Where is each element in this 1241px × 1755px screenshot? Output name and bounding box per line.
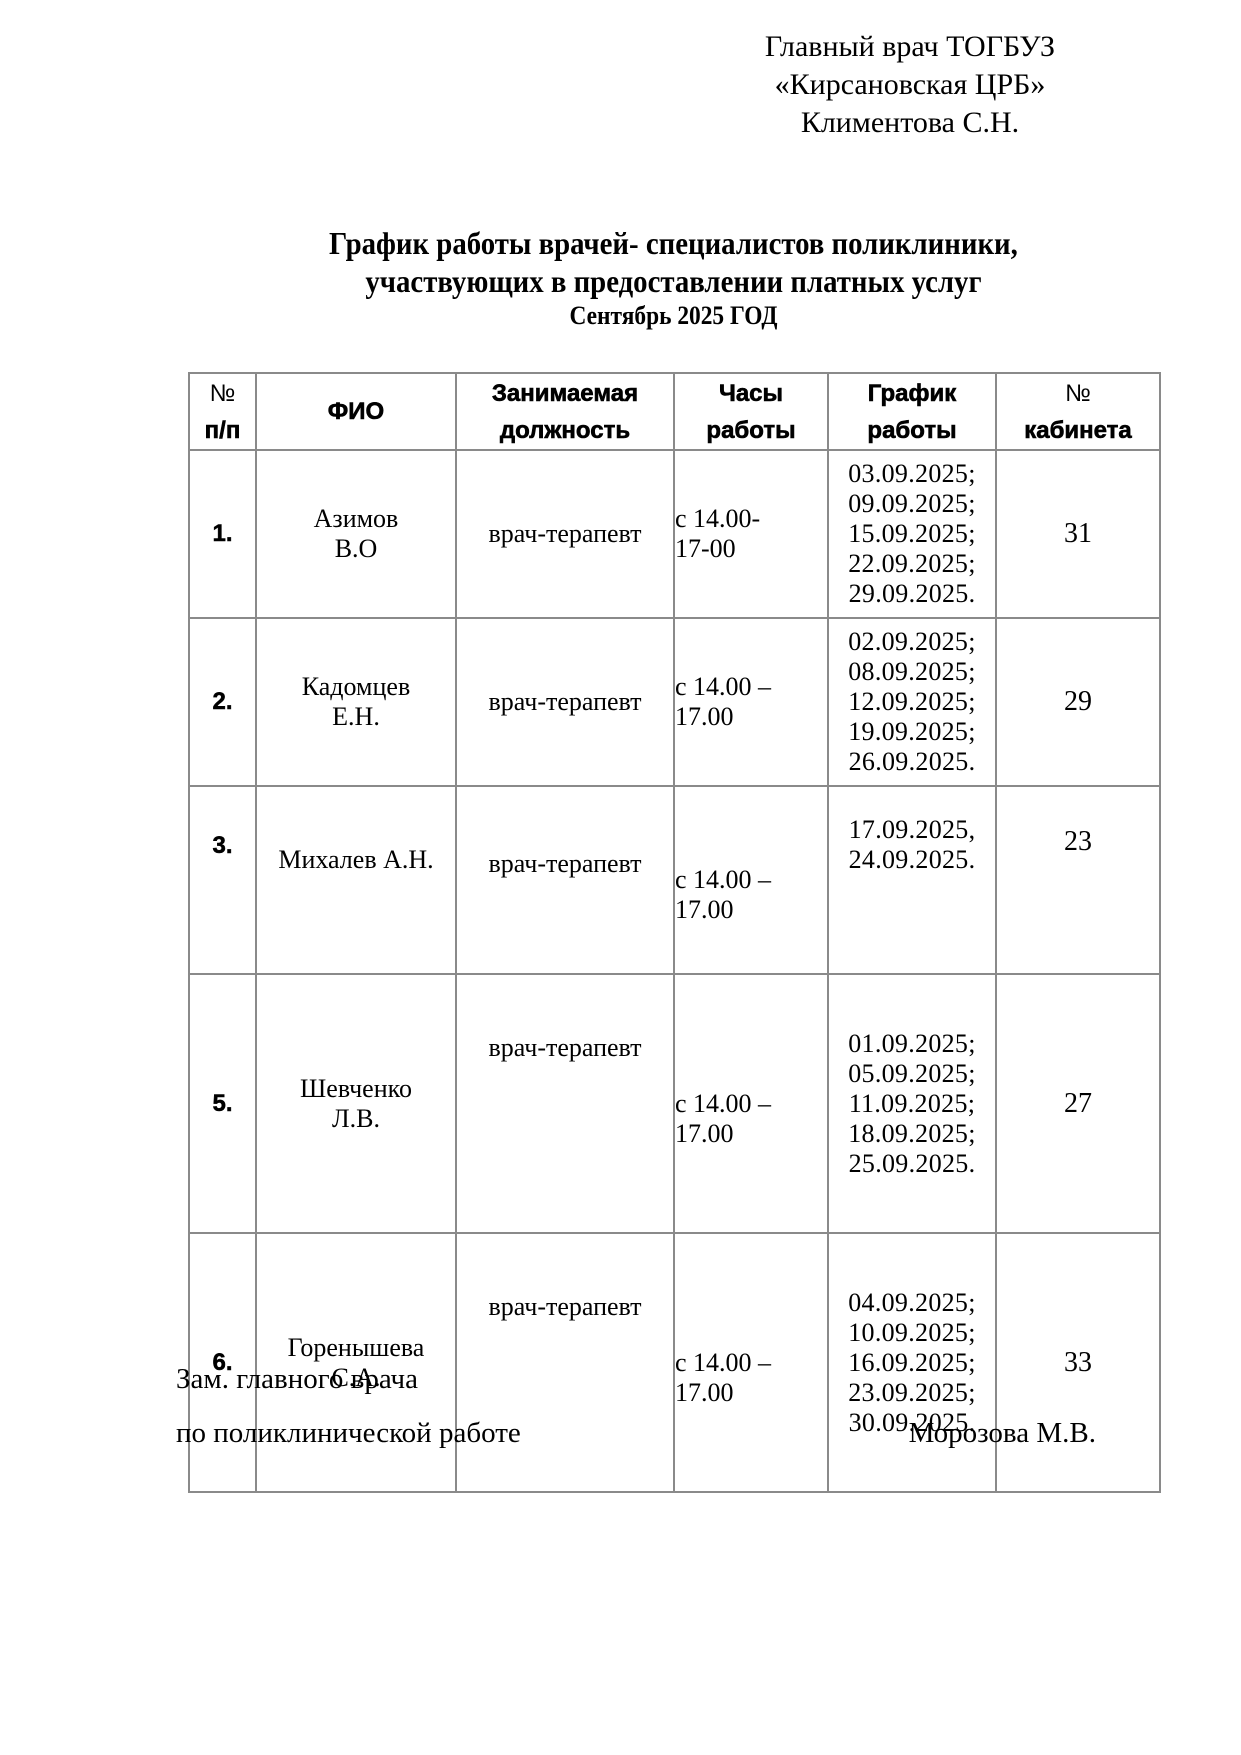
work-date: 10.09.2025; xyxy=(829,1318,995,1348)
work-hours-from: с 14.00 – xyxy=(675,1089,827,1119)
header-cabinet: № кабинета xyxy=(996,373,1160,450)
doctor-surname: Михалев А.Н. xyxy=(257,845,455,875)
row-number: 3. xyxy=(189,786,256,974)
signature-department: по поликлинической работе xyxy=(176,1417,521,1449)
header-schedule: График работы xyxy=(828,373,996,450)
work-hours-to: 17.00 xyxy=(675,702,827,732)
work-date: 29.09.2025. xyxy=(829,579,995,609)
work-date: 08.09.2025; xyxy=(829,657,995,687)
work-date: 05.09.2025; xyxy=(829,1059,995,1089)
work-hours: с 14.00 – 17.00 xyxy=(674,618,828,786)
header-number: № п/п xyxy=(189,373,256,450)
cabinet-number: 27 xyxy=(996,974,1160,1233)
row-number: 2. xyxy=(189,618,256,786)
header-hours-line2: работы xyxy=(675,412,827,449)
work-date: 01.09.2025; xyxy=(829,1029,995,1059)
work-hours-to: 17.00 xyxy=(675,895,827,925)
header-position-line1: Занимаемая xyxy=(457,375,673,412)
signature-name: Морозова М.В. xyxy=(909,1416,1096,1450)
row-number: 5. xyxy=(189,974,256,1233)
work-date: 03.09.2025; xyxy=(829,459,995,489)
cabinet-number: 31 xyxy=(996,450,1160,618)
header-hours-line1: Часы xyxy=(675,375,827,412)
work-date: 18.09.2025; xyxy=(829,1119,995,1149)
work-date: 02.09.2025; xyxy=(829,627,995,657)
work-hours-to: 17-00 xyxy=(675,534,827,564)
approval-line-position: Главный врач ТОГБУЗ xyxy=(700,28,1120,66)
schedule-table: № п/п ФИО Занимаемая должность Часы рабо… xyxy=(188,372,1161,1493)
document-title: График работы врачей- специалистов полик… xyxy=(237,224,1111,332)
header-number-label: п/п xyxy=(190,412,255,449)
work-date: 24.09.2025. xyxy=(829,845,995,875)
work-date: 25.09.2025. xyxy=(829,1149,995,1179)
table-row: 5. Шевченко Л.В. врач-терапевт с 14.00 –… xyxy=(189,974,1160,1233)
row-number: 1. xyxy=(189,450,256,618)
approval-block: Главный врач ТОГБУЗ «Кирсановская ЦРБ» К… xyxy=(700,28,1120,142)
approval-line-organization: «Кирсановская ЦРБ» xyxy=(700,66,1120,104)
doctor-surname: Шевченко xyxy=(257,1074,455,1104)
doctor-surname: Кадомцев xyxy=(257,672,455,702)
work-date: 17.09.2025, xyxy=(829,815,995,845)
work-hours-from: с 14.00 – xyxy=(675,672,827,702)
header-hours: Часы работы xyxy=(674,373,828,450)
doctor-initials: В.О xyxy=(257,534,455,564)
table-row: 1. Азимов В.О врач-терапевт с 14.00- 17-… xyxy=(189,450,1160,618)
work-hours-to: 17.00 xyxy=(675,1119,827,1149)
work-hours: с 14.00 – 17.00 xyxy=(674,974,828,1233)
header-position: Занимаемая должность xyxy=(456,373,674,450)
header-schedule-line1: График xyxy=(829,375,995,412)
signature-title-line1: Зам. главного врача xyxy=(176,1362,1096,1396)
work-hours: с 14.00- 17-00 xyxy=(674,450,828,618)
cabinet-number: 23 xyxy=(996,786,1160,974)
work-hours-from: с 14.00 – xyxy=(675,865,827,895)
schedule-body: 1. Азимов В.О врач-терапевт с 14.00- 17-… xyxy=(189,450,1160,1492)
signature-role: Зам. главного врача xyxy=(176,1363,418,1395)
header-position-line2: должность xyxy=(457,412,673,449)
work-date: 11.09.2025; xyxy=(829,1089,995,1119)
work-hours: с 14.00 – 17.00 xyxy=(674,786,828,974)
doctor-position: врач-терапевт xyxy=(456,450,674,618)
signature-title-line2: по поликлинической работе Морозова М.В. xyxy=(176,1416,1096,1450)
header-cabinet-label: кабинета xyxy=(997,412,1159,449)
work-date: 22.09.2025; xyxy=(829,549,995,579)
title-period: Сентябрь 2025 ГОД xyxy=(237,300,1111,332)
doctor-name: Михалев А.Н. xyxy=(256,786,456,974)
doctor-name: Кадомцев Е.Н. xyxy=(256,618,456,786)
title-line-2: участвующих в предоставлении платных усл… xyxy=(237,262,1111,300)
header-schedule-line2: работы xyxy=(829,412,995,449)
header-fio: ФИО xyxy=(256,373,456,450)
doctor-position: врач-терапевт xyxy=(456,618,674,786)
doctor-name: Азимов В.О xyxy=(256,450,456,618)
table-header-row: № п/п ФИО Занимаемая должность Часы рабо… xyxy=(189,373,1160,450)
doctor-initials: Л.В. xyxy=(257,1104,455,1134)
work-dates: 17.09.2025,24.09.2025. xyxy=(828,786,996,974)
doctor-position: врач-терапевт xyxy=(456,974,674,1233)
doctor-name: Шевченко Л.В. xyxy=(256,974,456,1233)
doctor-initials: Е.Н. xyxy=(257,702,455,732)
doctor-surname: Горенышева xyxy=(257,1333,455,1363)
cabinet-number-sign: № xyxy=(997,375,1159,412)
work-date: 09.09.2025; xyxy=(829,489,995,519)
work-date: 04.09.2025; xyxy=(829,1288,995,1318)
work-dates: 02.09.2025;08.09.2025;12.09.2025;19.09.2… xyxy=(828,618,996,786)
work-dates: 03.09.2025;09.09.2025;15.09.2025;22.09.2… xyxy=(828,450,996,618)
approval-line-name: Климентова С.Н. xyxy=(700,104,1120,142)
cabinet-number: 29 xyxy=(996,618,1160,786)
work-dates: 01.09.2025;05.09.2025;11.09.2025;18.09.2… xyxy=(828,974,996,1233)
table-row: 3. Михалев А.Н. врач-терапевт с 14.00 – … xyxy=(189,786,1160,974)
table-row: 2. Кадомцев Е.Н. врач-терапевт с 14.00 –… xyxy=(189,618,1160,786)
work-hours-from: с 14.00- xyxy=(675,504,827,534)
work-date: 12.09.2025; xyxy=(829,687,995,717)
doctor-surname: Азимов xyxy=(257,504,455,534)
number-sign: № xyxy=(190,375,255,412)
work-date: 26.09.2025. xyxy=(829,747,995,777)
work-date: 15.09.2025; xyxy=(829,519,995,549)
work-date: 19.09.2025; xyxy=(829,717,995,747)
doctor-position: врач-терапевт xyxy=(456,786,674,974)
title-line-1: График работы врачей- специалистов полик… xyxy=(237,224,1111,262)
